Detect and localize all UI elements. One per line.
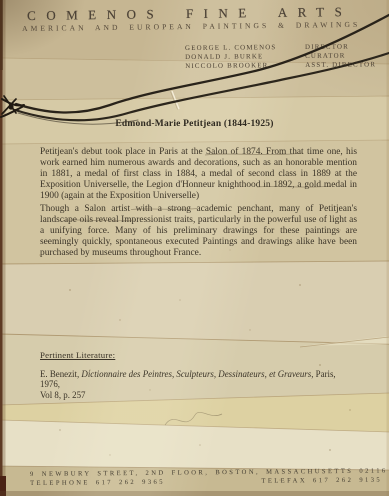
footer: 9 NEWBURY STREET, 2ND FLOOR, BOSTON, MAS… bbox=[30, 468, 382, 487]
staff-name: NICCOLO BROOKER bbox=[185, 61, 305, 71]
citation-line-1: E. Benezit, Dictionnaire des Peintres, S… bbox=[40, 369, 352, 390]
scanned-gallery-fact-sheet: COMENOS FINE ARTS AMERICAN AND EUROPEAN … bbox=[0, 0, 389, 496]
footer-telefax: TELEFAX 617 262 9135 bbox=[261, 476, 382, 484]
staff-row: NICCOLO BROOKER ASST. DIRECTOR bbox=[185, 61, 376, 72]
footer-telephone: TELEPHONE 617 262 9365 bbox=[30, 478, 165, 486]
staff-title: CURATOR bbox=[305, 52, 346, 62]
literature-heading: Pertinent Literature: bbox=[40, 350, 115, 360]
staff-list: GEORGE L. COMENOS DIRECTOR DONALD J. BUR… bbox=[185, 42, 376, 71]
artist-heading: Edmond-Marie Petitjean (1844-1925) bbox=[0, 119, 389, 129]
bio-paragraph-1: Petitjean's debut took place in Paris at… bbox=[40, 147, 357, 202]
citation: E. Benezit, Dictionnaire des Peintres, S… bbox=[40, 369, 352, 400]
bio-paragraph-2: Though a Salon artist with a strong acad… bbox=[40, 204, 357, 259]
staff-title: ASST. DIRECTOR bbox=[305, 61, 376, 71]
citation-line-2: Vol 8, p. 257 bbox=[40, 390, 352, 400]
staff-title: DIRECTOR bbox=[305, 43, 349, 53]
